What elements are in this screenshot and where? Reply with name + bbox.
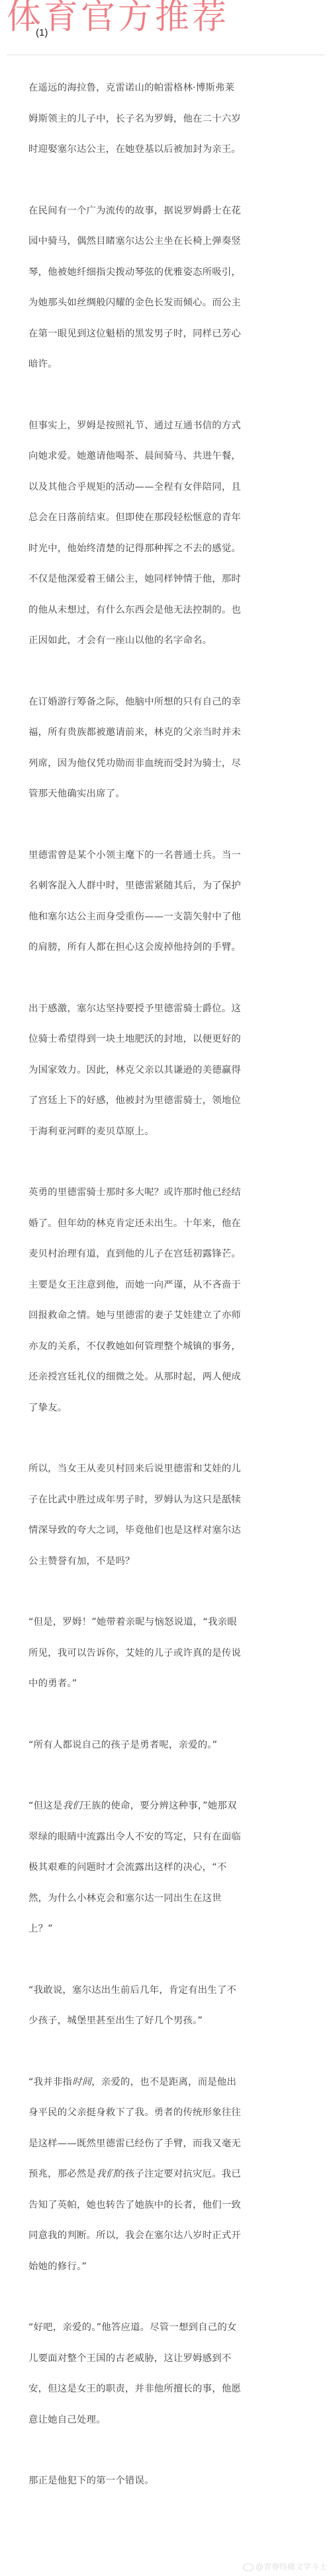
article-body: 在遥远的海拉鲁，克雷诺山的帕雷格林·博斯弗莱 姆斯领主的儿子中，长子名为罗姆，他… [28, 73, 307, 2527]
emphasis: 时间 [72, 2077, 91, 2088]
closing-paragraph: 那正是他犯下的第一个错误。 [28, 2466, 307, 2497]
watermark: @青春终痛文学斗士 [243, 2561, 327, 2572]
paragraph: 在民间有一个广为流传的故事，据说罗姆爵士在花 园中骑马，偶然目睹塞尔达公主坐在长… [28, 196, 307, 380]
chapter-number: (1) [36, 26, 48, 40]
weibo-icon [243, 2563, 254, 2571]
page-header: 体育官方推荐 (1) [0, 0, 331, 57]
dialogue-paragraph: “我并非指时间，亲爱的，也不是距离，而是他出 身平民的父亲挺身救下了我。勇者的传… [28, 2067, 307, 2283]
dialogue-paragraph: “好吧，亲爱的。”他答应道。尽管一想到自己的女 儿要面对整个王国的古老威胁，这让… [28, 2312, 307, 2435]
dialogue-paragraph: “所有人都说自己的孩子是勇者呢，亲爱的。” [28, 1730, 307, 1761]
paragraph: 但事实上，罗姆是按照礼节、通过互通书信的方式 向她求爱。她邀请他喝茶、晨间骑马、… [28, 410, 307, 656]
paragraph: 在遥远的海拉鲁，克雷诺山的帕雷格林·博斯弗莱 姆斯领主的儿子中，长子名为罗姆，他… [28, 73, 307, 165]
dialogue-paragraph: “但这是我们王族的使命，要分辨这种事，”她那双 翠绿的眼睛中流露出令人不安的笃定… [28, 1791, 307, 1945]
dialogue-paragraph: “但是，罗姆！”她带着亲昵与恼怒说道，“我亲眼 所见，我可以告诉你，艾娃的儿子或… [28, 1607, 307, 1699]
paragraph: 里德雷曾是某个小领主麾下的一名普通士兵。当一 名刺客混入人群中时，里德雷紧随其后… [28, 840, 307, 963]
header-divider [7, 54, 324, 56]
paragraph: 在订婚游行筹备之际，他脑中所想的只有自己的幸 福，所有贵族都被邀请前来，林克的父… [28, 687, 307, 810]
watermark-text: @青春终痛文学斗士 [256, 2562, 327, 2571]
paragraph: 英勇的里德雷骑士那时多大呢？或许那时他已经结 婚了。但年幼的林克肯定还未出生。十… [28, 1177, 307, 1423]
emphasis: 我们 [62, 1801, 81, 1811]
paragraph: 所以，当女王从麦贝村回来后说里德雷和艾娃的儿 子在比武中胜过成年男子时，罗姆认为… [28, 1454, 307, 1577]
dialogue-paragraph: “我敢说，塞尔达出生前后几年，肯定有出生了不 少孩子，城堡里甚至出生了好几个男孩… [28, 1975, 307, 2037]
emphasis: 我们 [96, 2169, 115, 2179]
paragraph: 出于感激，塞尔达坚持要授予里德雷骑士爵位。这 位骑士希望得到一块土地肥沃的封地，… [28, 994, 307, 1148]
